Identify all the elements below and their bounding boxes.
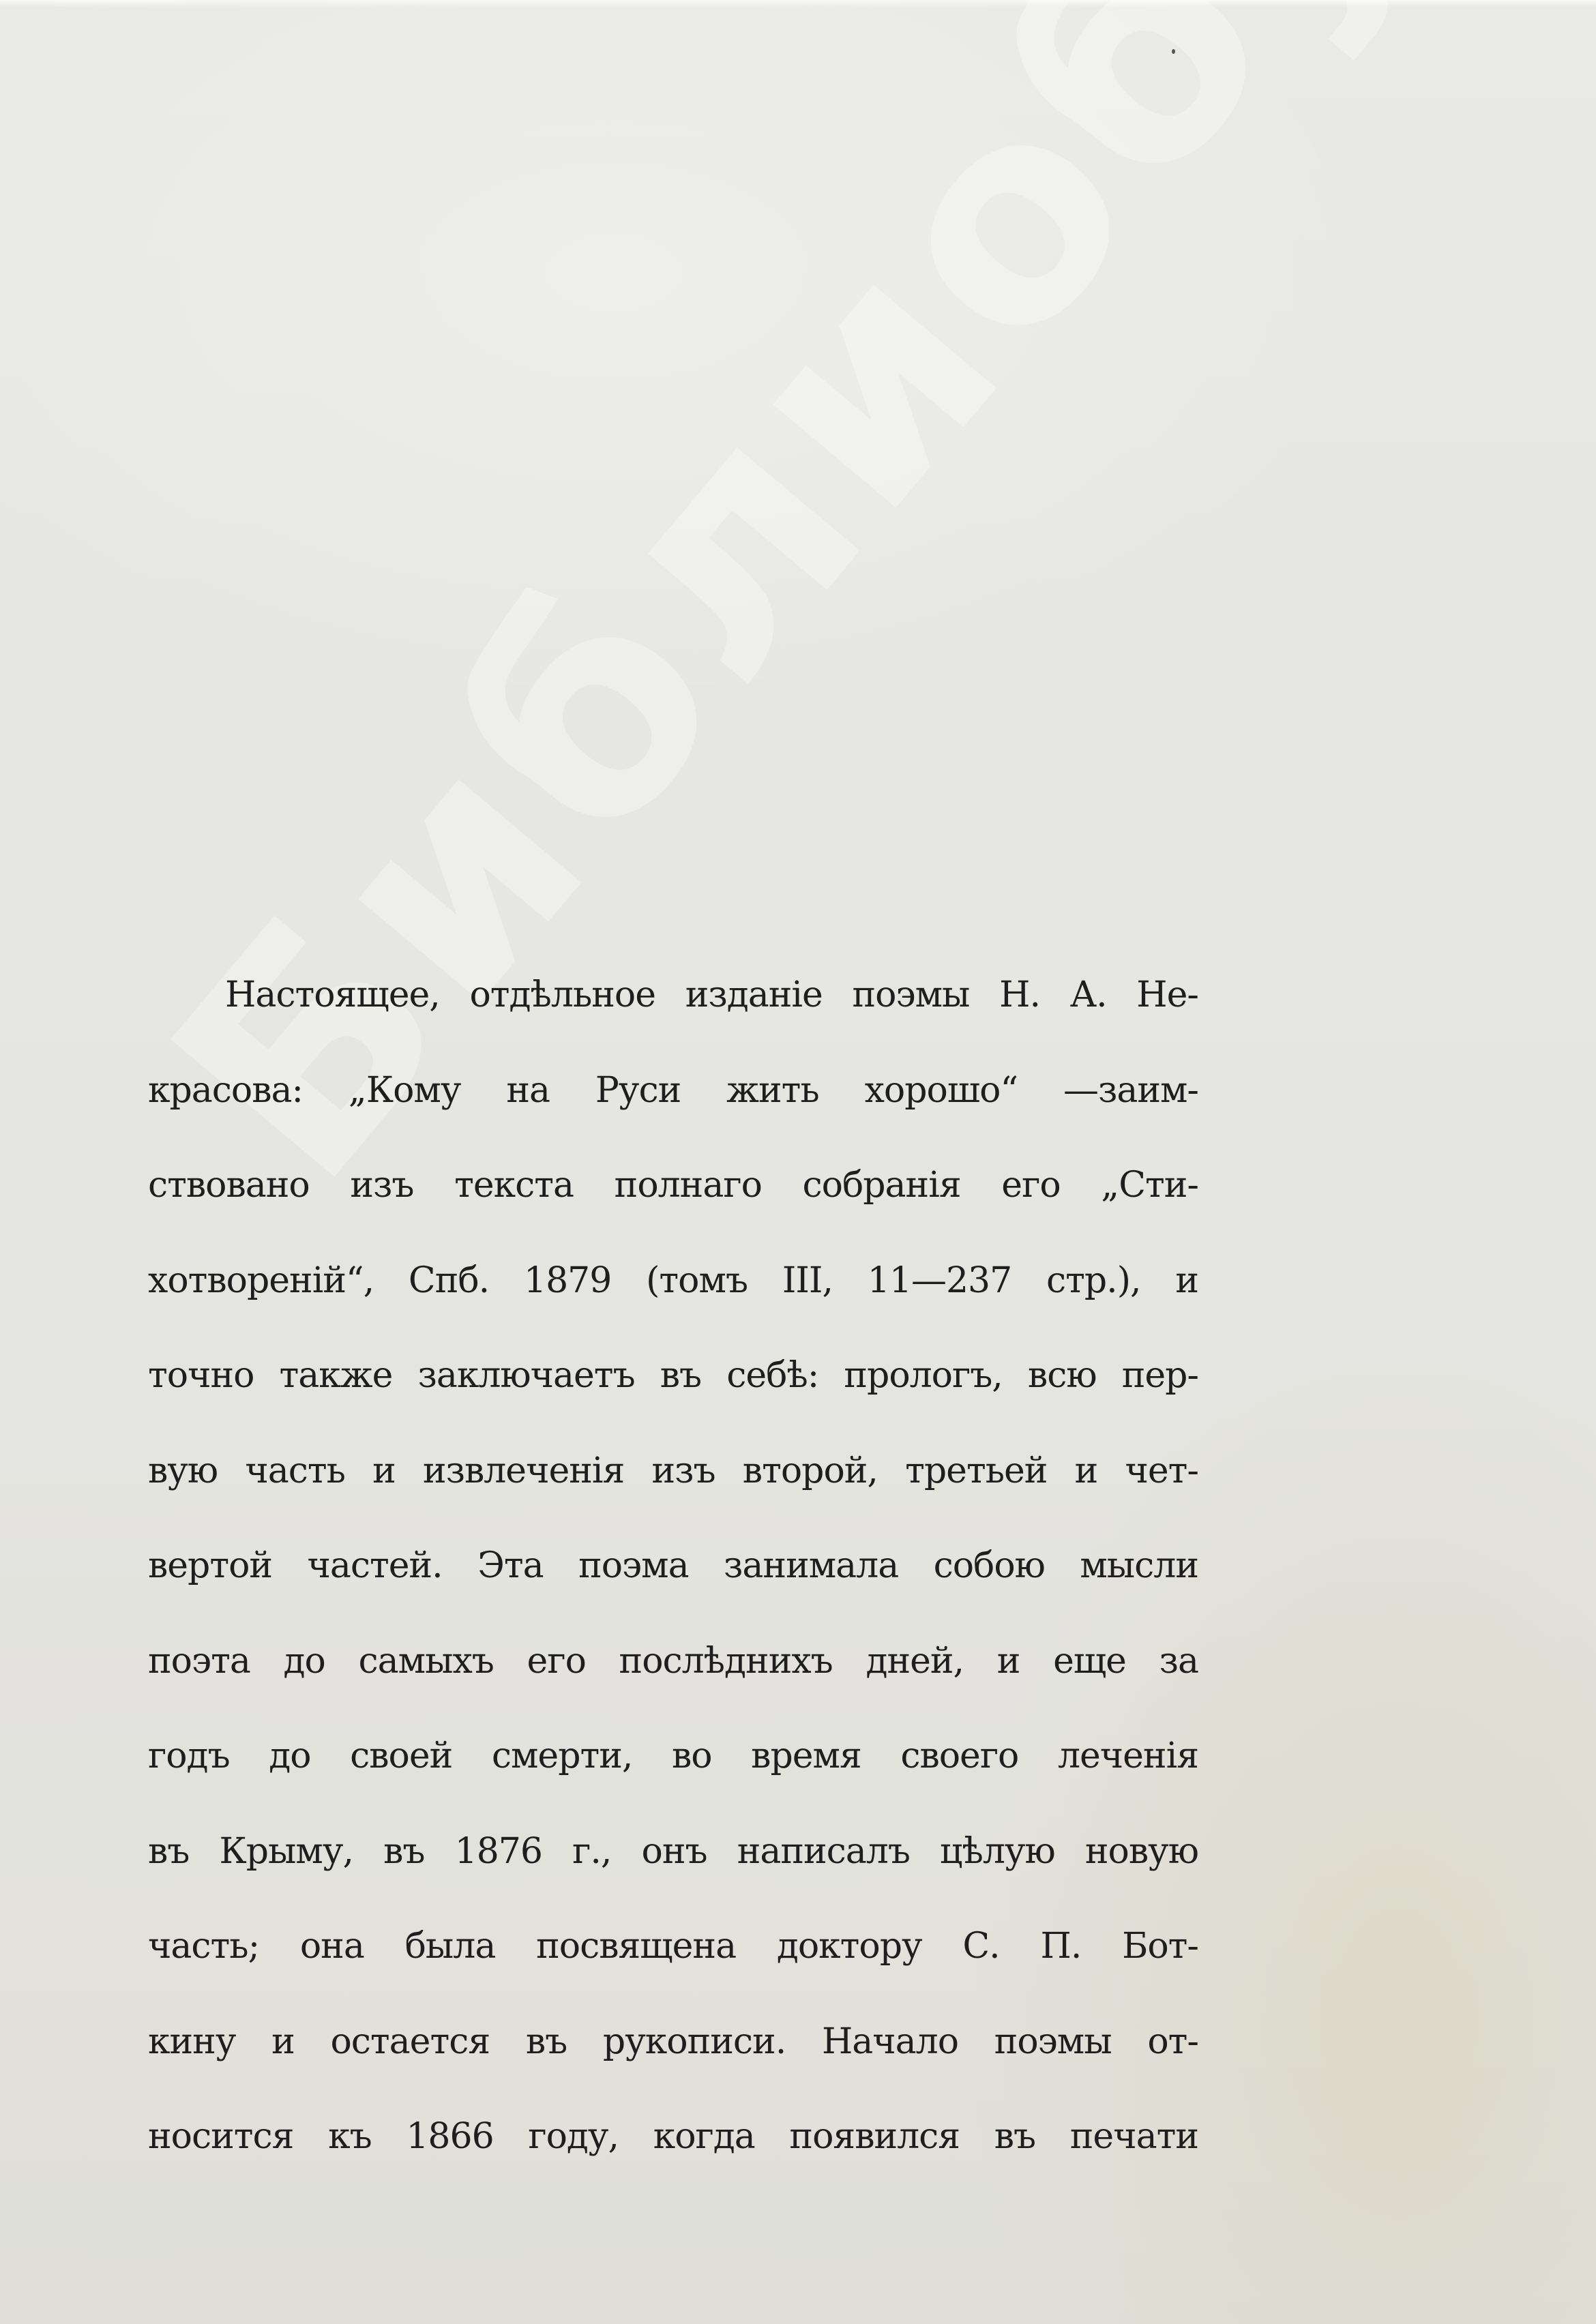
paragraph-line-11: часть; она была посвящена доктору С. П. … [148,1899,1198,1995]
page-top-edge [0,0,1596,7]
paragraph-line-9: годъ до своей смерти, во время своего ле… [148,1709,1198,1804]
paragraph-line-8: поэта до самыхъ его послѣднихъ дней, и е… [148,1614,1198,1710]
body-paragraph: Настоящее, отдѣльное изданіе поэмы Н. А.… [148,948,1198,2185]
paragraph-line-12: кину и остается въ рукописи. Начало поэм… [148,1995,1198,2090]
paragraph-line-2: красова: „Кому на Руси жить хорошо“ —заи… [148,1043,1198,1139]
paragraph-line-3: ствовано изъ текста полнаго собранія его… [148,1138,1198,1234]
paragraph-line-5: точно также заключаетъ въ себѣ: прологъ,… [148,1328,1198,1424]
paper-speck [1172,49,1175,54]
paragraph-line-13: носится къ 1866 году, когда появился въ … [148,2089,1198,2185]
paragraph-line-6: вую часть и извлеченія изъ второй, треть… [148,1424,1198,1519]
paragraph-line-7: вертой частей. Эта поэма занимала собою … [148,1519,1198,1614]
paragraph-line-1: Настоящее, отдѣльное изданіе поэмы Н. А.… [148,948,1198,1043]
paragraph-line-10: въ Крыму, въ 1876 г., онъ написалъ цѣлую… [148,1804,1198,1900]
paragraph-line-4: хотвореній“, Спб. 1879 (томъ III, 11—237… [148,1234,1198,1329]
